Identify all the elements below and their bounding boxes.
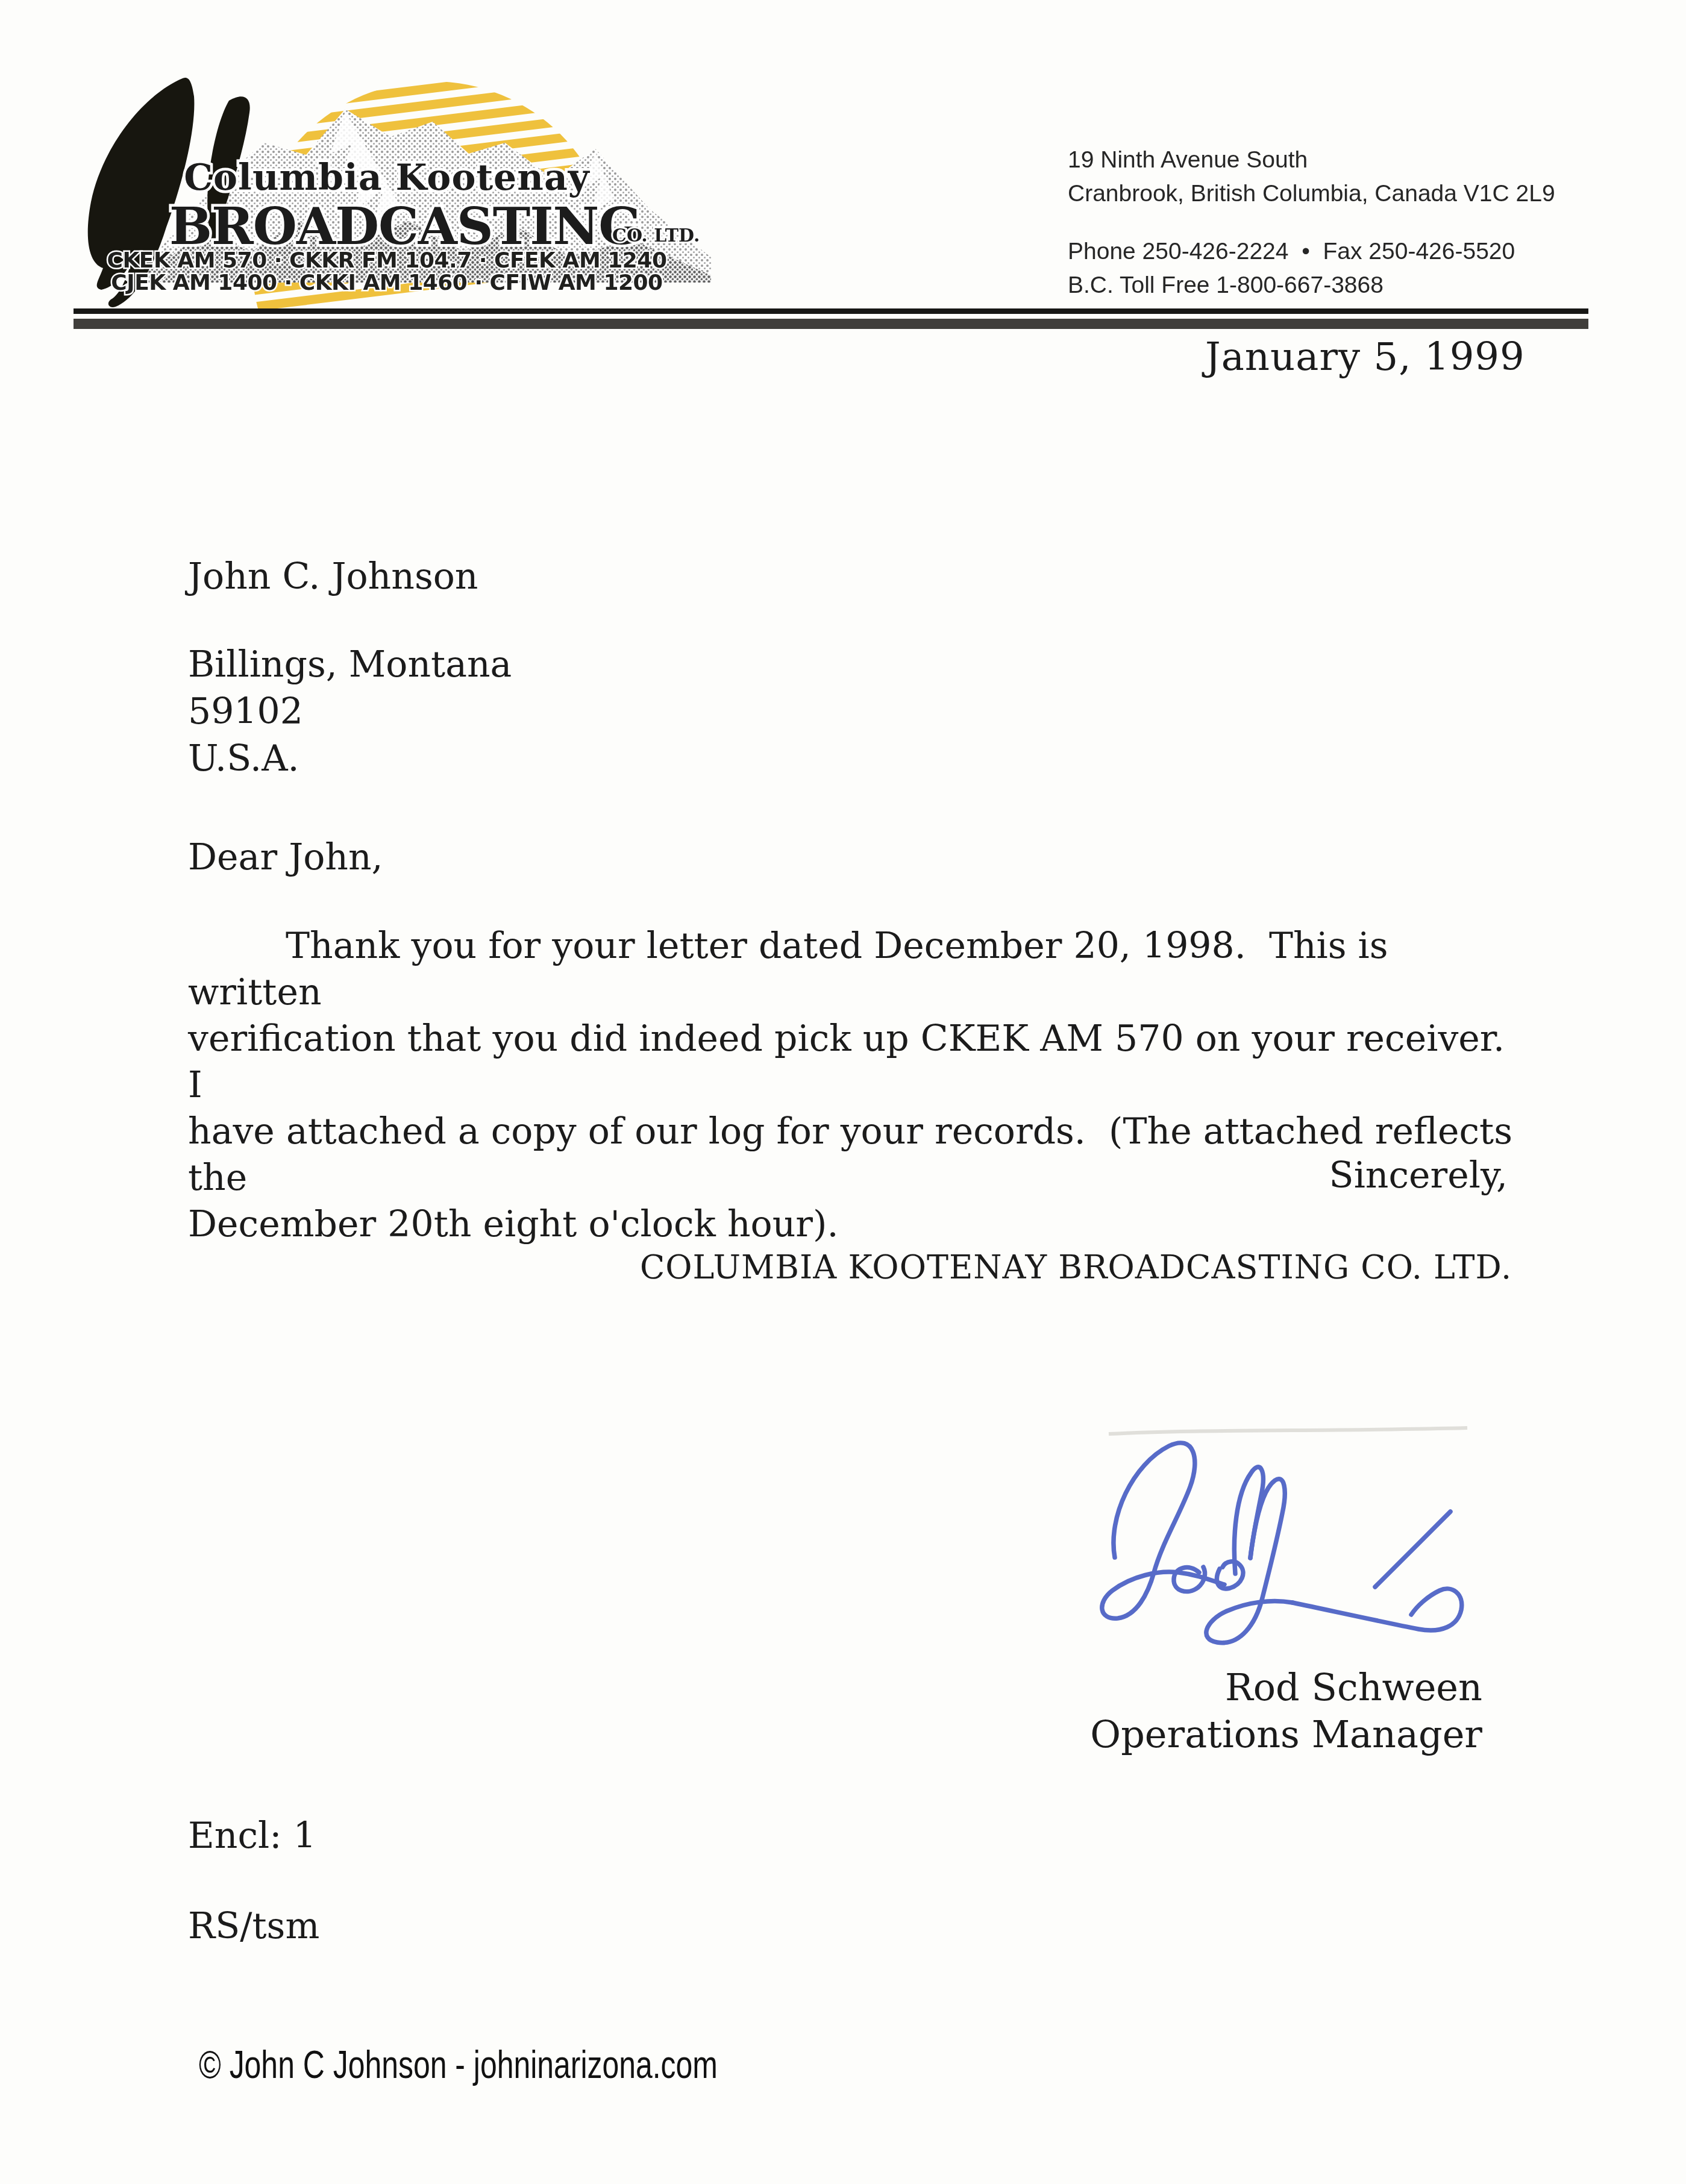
body-line: Thank you for your letter dated December… — [188, 923, 1532, 1016]
reference-line: RS/tsm — [188, 1905, 319, 1947]
address-spacer — [1068, 211, 1555, 235]
footer-credit: © John C Johnson - johninarizona.com — [199, 2042, 718, 2087]
logo-stations-line2: CJEK AM 1400 · CKKI AM 1460 · CFIW AM 12… — [111, 271, 662, 295]
signer-block: Rod Schween Operations Manager — [1090, 1664, 1482, 1758]
letterhead-rule-thin — [74, 308, 1588, 314]
company-name-line: COLUMBIA KOOTENAY BROADCASTING CO. LTD. — [640, 1248, 1512, 1286]
logo-company-suffix: CO. LTD. — [612, 225, 700, 246]
handwritten-signature — [1018, 1374, 1518, 1675]
letterhead-rule-thick — [74, 319, 1588, 329]
letter-page: { "letterhead": { "logo": { "company_lin… — [0, 0, 1686, 2184]
signer-title: Operations Manager — [1090, 1711, 1482, 1758]
logo-stations-line1: CKEK AM 570 · CKKR FM 104.7 · CFEK AM 12… — [107, 248, 667, 273]
recipient-city: Billings, Montana — [188, 641, 512, 688]
salutation: Dear John, — [188, 836, 383, 878]
recipient-name: John C. Johnson — [188, 553, 512, 600]
body-line: December 20th eight o'clock hour). — [188, 1201, 1532, 1248]
closing: Sincerely, — [1329, 1154, 1508, 1197]
letter-body: Thank you for your letter dated December… — [188, 923, 1532, 1248]
address-line-city: Cranbrook, British Columbia, Canada V1C … — [1068, 177, 1555, 211]
letterhead-address-block: 19 Ninth Avenue South Cranbrook, British… — [1068, 143, 1555, 302]
scan-artifact — [1109, 1428, 1467, 1434]
recipient-zip: 59102 — [188, 688, 512, 735]
enclosure-line: Encl: 1 — [188, 1815, 316, 1857]
logo-company-line2: BROADCASTING — [169, 196, 641, 256]
body-line: verification that you did indeed pick up… — [188, 1016, 1532, 1109]
recipient-block: John C. Johnson Billings, Montana 59102 … — [188, 553, 512, 782]
letter-date: January 5, 1999 — [1205, 335, 1525, 380]
logo-company-line1: Columbia Kootenay — [184, 157, 590, 199]
address-line-tollfree: B.C. Toll Free 1-800-667-3868 — [1068, 269, 1555, 302]
signer-name: Rod Schween — [1090, 1664, 1482, 1711]
address-line-phone: Phone 250-426-2224 • Fax 250-426-5520 — [1068, 235, 1555, 269]
company-logo: Columbia Kootenay BROADCASTING CO. LTD. … — [71, 63, 716, 311]
address-line-street: 19 Ninth Avenue South — [1068, 143, 1555, 177]
signature-strokes — [1102, 1443, 1462, 1643]
recipient-country: U.S.A. — [188, 735, 512, 782]
